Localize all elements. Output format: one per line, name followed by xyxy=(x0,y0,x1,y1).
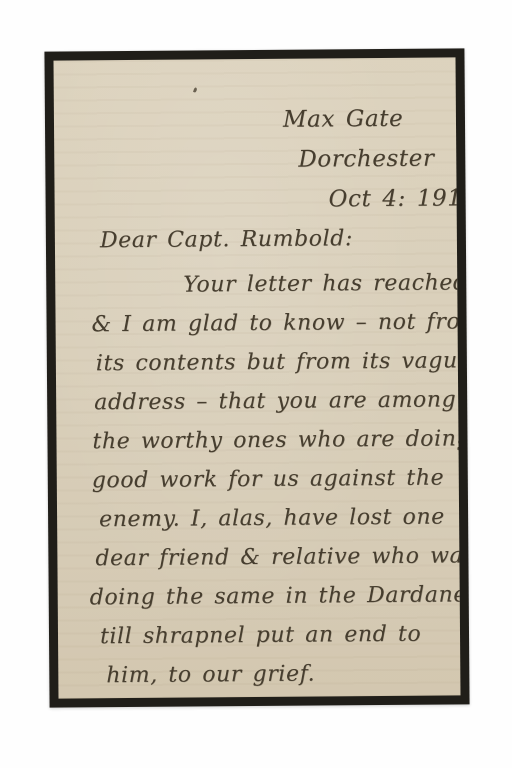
body-line: dear friend & relative who was xyxy=(95,543,460,571)
body-line: address – that you are among xyxy=(94,387,456,415)
salutation: Dear Capt. Rumbold: xyxy=(100,226,353,253)
ink-speck xyxy=(193,87,197,93)
body-line: enemy. I, alas, have lost one xyxy=(99,505,445,533)
heading-date: Oct 4: 1915 xyxy=(328,185,460,212)
body-line: good work for us against the xyxy=(92,466,445,494)
body-line: & I am glad to know – not from xyxy=(91,309,460,337)
letter-photo: Max Gate Dorchester Oct 4: 1915 Dear Cap… xyxy=(0,0,512,768)
body-line: till shrapnel put an end to xyxy=(100,622,421,650)
body-line: Your letter has reached me, xyxy=(183,270,460,298)
body-line: the worthy ones who are doing xyxy=(92,426,460,454)
heading-address-line-1: Max Gate xyxy=(283,106,403,133)
heading-address-line-2: Dorchester xyxy=(298,146,434,173)
letter-paper: Max Gate Dorchester Oct 4: 1915 Dear Cap… xyxy=(54,57,461,698)
body-line: doing the same in the Dardanelles, xyxy=(90,582,461,610)
body-line: its contents but from its vague xyxy=(96,348,461,376)
body-line: him, to our grief. xyxy=(106,662,315,689)
letter-frame: Max Gate Dorchester Oct 4: 1915 Dear Cap… xyxy=(44,48,469,707)
